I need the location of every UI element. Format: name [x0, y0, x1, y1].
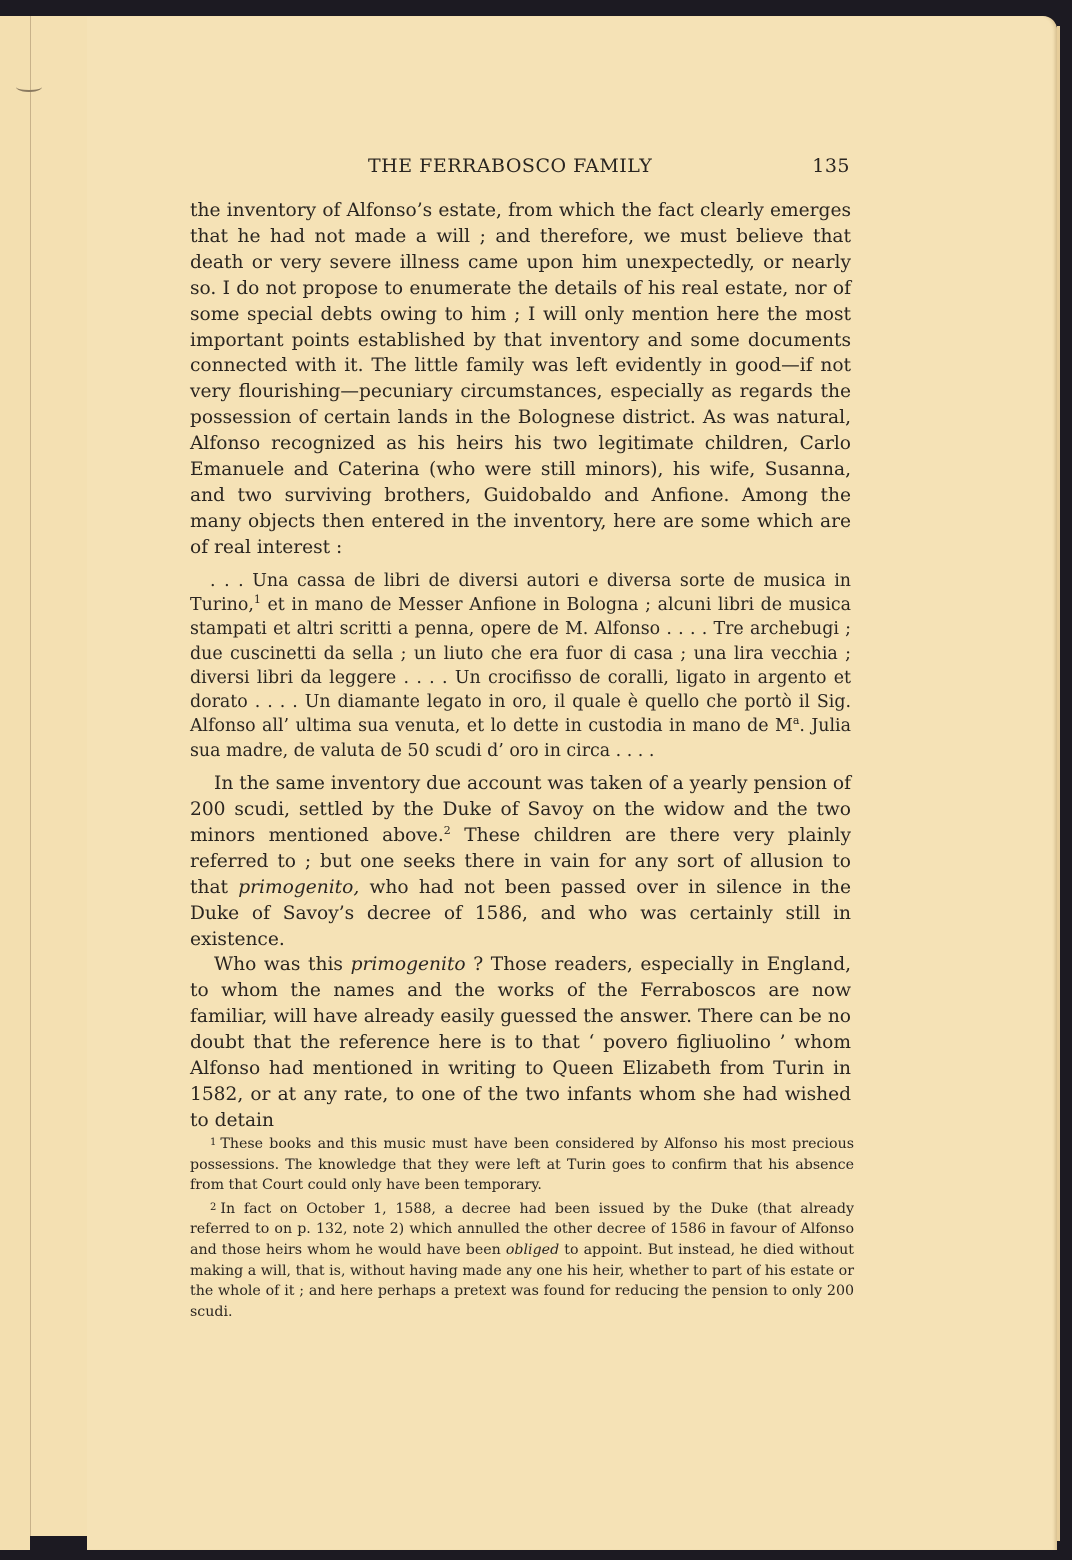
bound-stub: [30, 16, 89, 1536]
footnote-1: 1These books and this music must have be…: [190, 1133, 854, 1196]
body-text: the inventory of Alfonso’s estate, from …: [190, 198, 851, 1134]
running-head-title: THE FERRABOSCO FAMILY: [368, 155, 652, 177]
paragraph-1: the inventory of Alfonso’s estate, from …: [190, 198, 851, 561]
running-head: THE FERRABOSCO FAMILY 135: [190, 155, 850, 177]
footnote-2: 2In fact on October 1, 1588, a decree ha…: [190, 1198, 854, 1323]
binding-mark: [16, 82, 42, 92]
page-number: 135: [812, 155, 850, 177]
inventory-quote: . . . Una cassa de libri de diversi auto…: [190, 569, 851, 763]
paragraph-2: In the same inventory due account was ta…: [190, 771, 851, 952]
footnote-ref-2: 2: [444, 824, 451, 837]
footnotes: 1These books and this music must have be…: [190, 1133, 854, 1324]
footnote-ref-1: 1: [254, 593, 261, 606]
paragraph-3: Who was this primogenito ? Those readers…: [190, 952, 851, 1133]
previous-page-edge: [0, 16, 30, 1550]
